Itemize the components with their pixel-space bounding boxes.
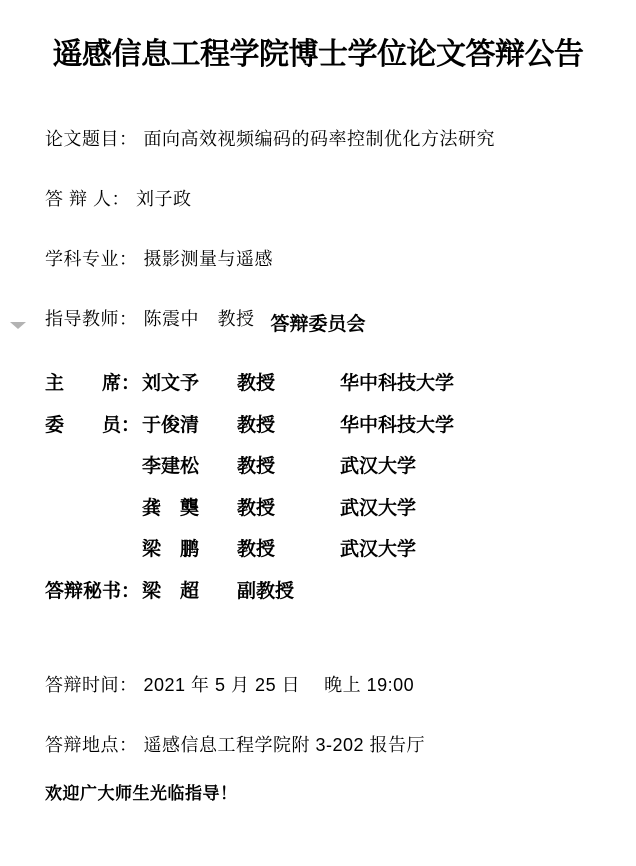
defense-announcement-page: 遥感信息工程学院博士学位论文答辩公告 论文题目： 面向高效视频编码的码率控制优化…: [0, 0, 636, 866]
schedule-row-place: 答辩地点： 遥感信息工程学院附 3-202 报告厅: [45, 723, 425, 765]
info-value: 摄影测量与遥感: [144, 245, 274, 271]
page-title: 遥感信息工程学院博士学位论文答辩公告: [0, 36, 636, 74]
member-affiliation: 华中科技大学: [340, 368, 454, 395]
member-name: 龚 龑: [142, 493, 237, 520]
committee-row-member: 委 员： 于俊清 教授 华中科技大学: [45, 403, 454, 445]
schedule-label: 答辩时间：: [45, 671, 138, 697]
committee-section: 主 席： 刘文予 教授 华中科技大学 委 员： 于俊清 教授 华中科技大学 李建…: [45, 361, 454, 610]
committee-row-member: 梁 鹏 教授 武汉大学: [45, 527, 454, 569]
info-value: 面向高效视频编码的码率控制优化方法研究: [144, 125, 496, 151]
schedule-value: 2021 年 5 月 25 日 晚上 19:00: [144, 671, 415, 697]
member-name: 梁 超: [142, 576, 237, 603]
committee-row-secretary: 答辩秘书： 梁 超 副教授: [45, 569, 454, 611]
member-title: 教授: [237, 534, 340, 561]
committee-heading: 答辩委员会: [0, 314, 636, 336]
member-affiliation: 华中科技大学: [340, 410, 454, 437]
committee-row-member: 龚 龑 教授 武汉大学: [45, 486, 454, 528]
member-title: 教授: [237, 410, 340, 437]
member-name: 李建松: [142, 451, 237, 478]
member-title: 教授: [237, 368, 340, 395]
committee-row-chair: 主 席： 刘文予 教授 华中科技大学: [45, 361, 454, 403]
member-role: 委 员：: [45, 410, 142, 437]
member-title: 教授: [237, 451, 340, 478]
member-affiliation: 武汉大学: [340, 493, 416, 520]
info-label: 论文题目：: [45, 125, 138, 151]
info-label: 学科专业：: [45, 245, 138, 271]
member-affiliation: 武汉大学: [340, 451, 416, 478]
info-row-major: 学科专业： 摄影测量与遥感: [45, 237, 495, 279]
member-name: 刘文予: [142, 368, 237, 395]
info-label: 答 辩 人：: [45, 185, 130, 211]
member-role: 答辩秘书：: [45, 576, 142, 603]
info-value: 刘子政: [136, 185, 192, 211]
member-title: 副教授: [237, 576, 340, 603]
info-row-thesis-title: 论文题目： 面向高效视频编码的码率控制优化方法研究: [45, 117, 495, 159]
member-name: 梁 鹏: [142, 534, 237, 561]
member-title: 教授: [237, 493, 340, 520]
member-name: 于俊清: [142, 410, 237, 437]
schedule-label: 答辩地点：: [45, 731, 138, 757]
committee-row-member: 李建松 教授 武汉大学: [45, 444, 454, 486]
schedule-row-time: 答辩时间： 2021 年 5 月 25 日 晚上 19:00: [45, 663, 425, 705]
schedule-section: 答辩时间： 2021 年 5 月 25 日 晚上 19:00 答辩地点： 遥感信…: [45, 645, 425, 783]
info-row-defender: 答 辩 人： 刘子政: [45, 177, 495, 219]
schedule-value: 遥感信息工程学院附 3-202 报告厅: [144, 731, 426, 757]
member-role: 主 席：: [45, 368, 142, 395]
welcome-note: 欢迎广大师生光临指导！: [45, 782, 238, 806]
member-affiliation: 武汉大学: [340, 534, 416, 561]
